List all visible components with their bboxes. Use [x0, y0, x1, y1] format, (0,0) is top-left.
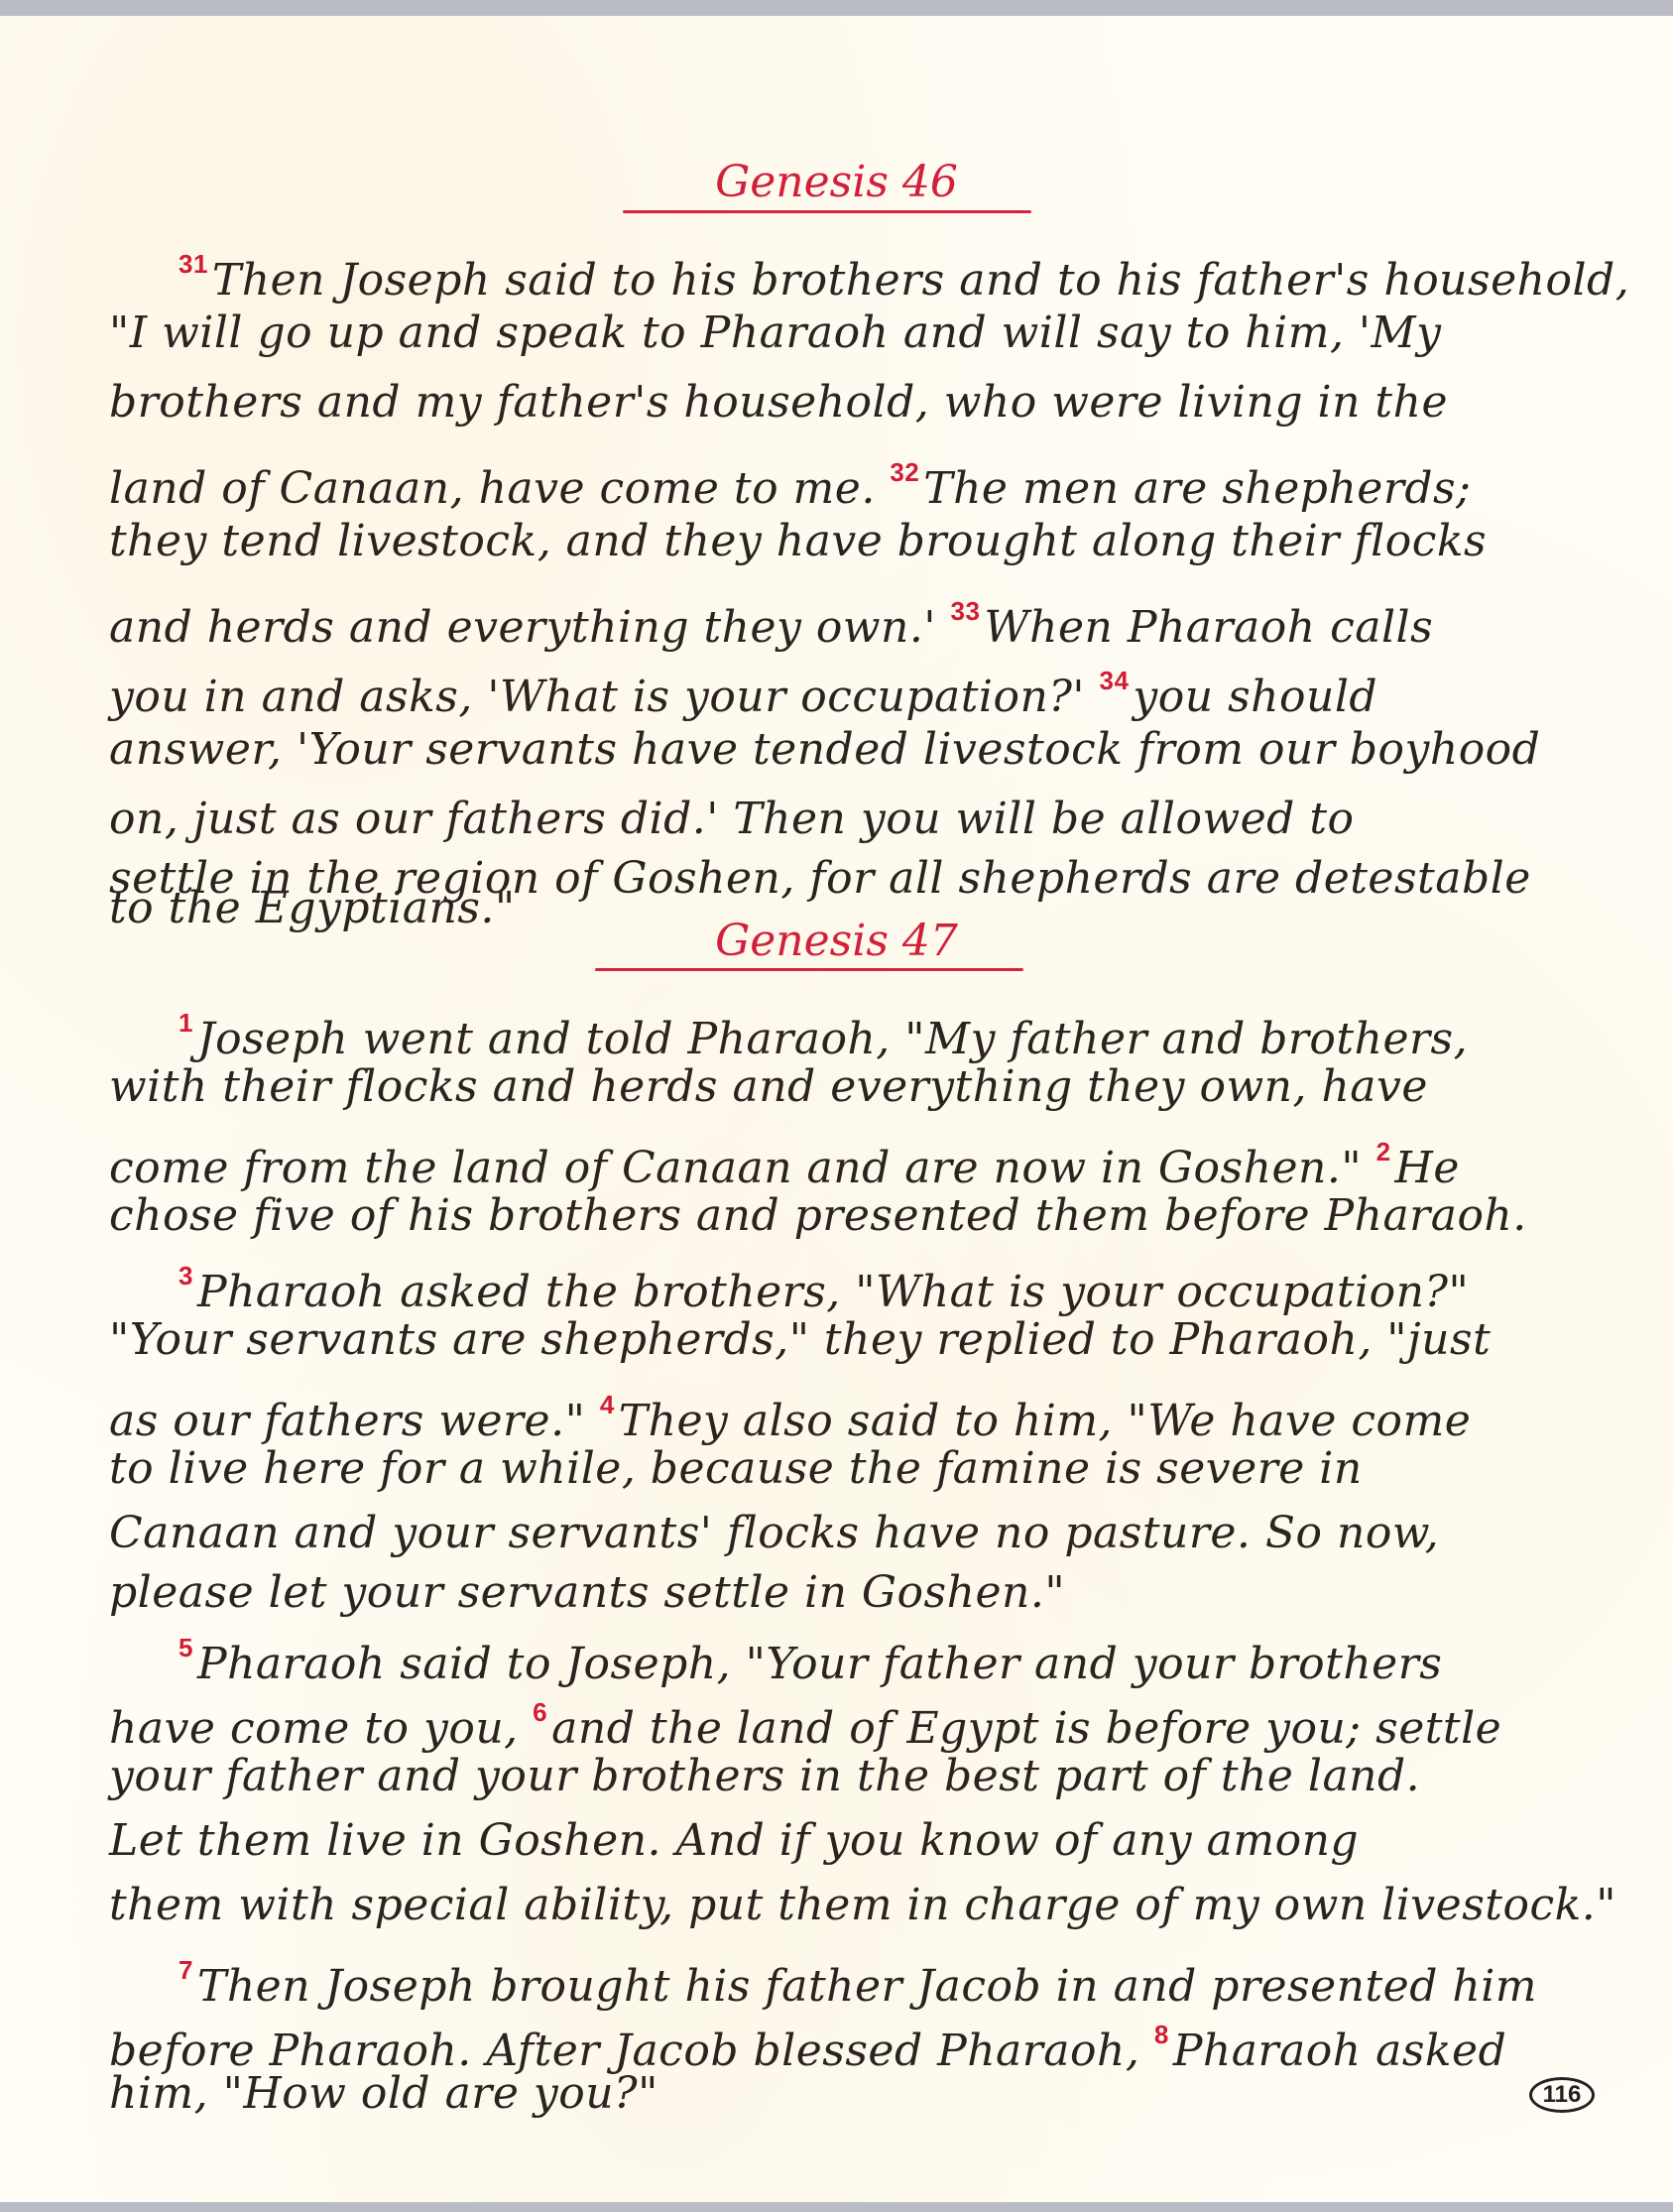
verse-number: 6 — [533, 1697, 547, 1727]
page-number-badge: 116 — [1529, 2077, 1595, 2113]
text-line: you in and asks, 'What is your occupatio… — [109, 651, 1377, 727]
verse-number: 1 — [179, 1008, 193, 1038]
chapter-heading-genesis-47: Genesis 47 — [0, 914, 1673, 969]
text-line: answer, 'Your servants have tended lives… — [109, 720, 1540, 780]
heading-underline — [623, 210, 1031, 213]
text-line: and herds and everything they own.' 33Wh… — [109, 581, 1433, 658]
text-line: chose five of his brothers and presented… — [109, 1186, 1527, 1246]
heading-underline — [595, 968, 1023, 971]
text-line: "I will go up and speak to Pharaoh and w… — [109, 304, 1441, 363]
verse-number: 34 — [1100, 666, 1130, 695]
text-line: to live here for a while, because the fa… — [109, 1439, 1363, 1499]
text-line: Canaan and your servants' flocks have no… — [109, 1504, 1439, 1563]
text-line: Let them live in Goshen. And if you know… — [109, 1811, 1359, 1871]
verse-number: 32 — [890, 457, 919, 487]
text-line: them with special ability, put them in c… — [109, 1876, 1616, 1935]
text-line: him, "How old are you?" — [109, 2064, 658, 2124]
verse-number: 5 — [179, 1633, 193, 1662]
text-line: they tend livestock, and they have broug… — [109, 512, 1487, 571]
text-line: "Your servants are shepherds," they repl… — [109, 1310, 1491, 1370]
text-line: 31Then Joseph said to his brothers and t… — [179, 234, 1629, 310]
text-line: brothers and my father's household, who … — [109, 373, 1448, 432]
verse-number: 2 — [1376, 1137, 1391, 1167]
verse-number: 3 — [179, 1261, 193, 1290]
text-line: on, just as our fathers did.' Then you w… — [109, 790, 1355, 849]
chapter-heading-genesis-46: Genesis 46 — [0, 155, 1673, 210]
verse-number: 7 — [179, 1955, 193, 1985]
verse-number: 8 — [1154, 2020, 1169, 2049]
text-line: please let your servants settle in Goshe… — [109, 1563, 1065, 1623]
verse-number: 4 — [600, 1390, 615, 1419]
text-line: with their flocks and herds and everythi… — [109, 1057, 1428, 1117]
text-line: land of Canaan, have come to me. 32The m… — [109, 442, 1471, 519]
verse-number: 31 — [179, 249, 208, 279]
verse-number: 33 — [950, 596, 980, 626]
handwritten-page: Genesis 46 31Then Joseph said to his bro… — [0, 16, 1673, 2202]
text-line: your father and your brothers in the bes… — [109, 1747, 1420, 1806]
